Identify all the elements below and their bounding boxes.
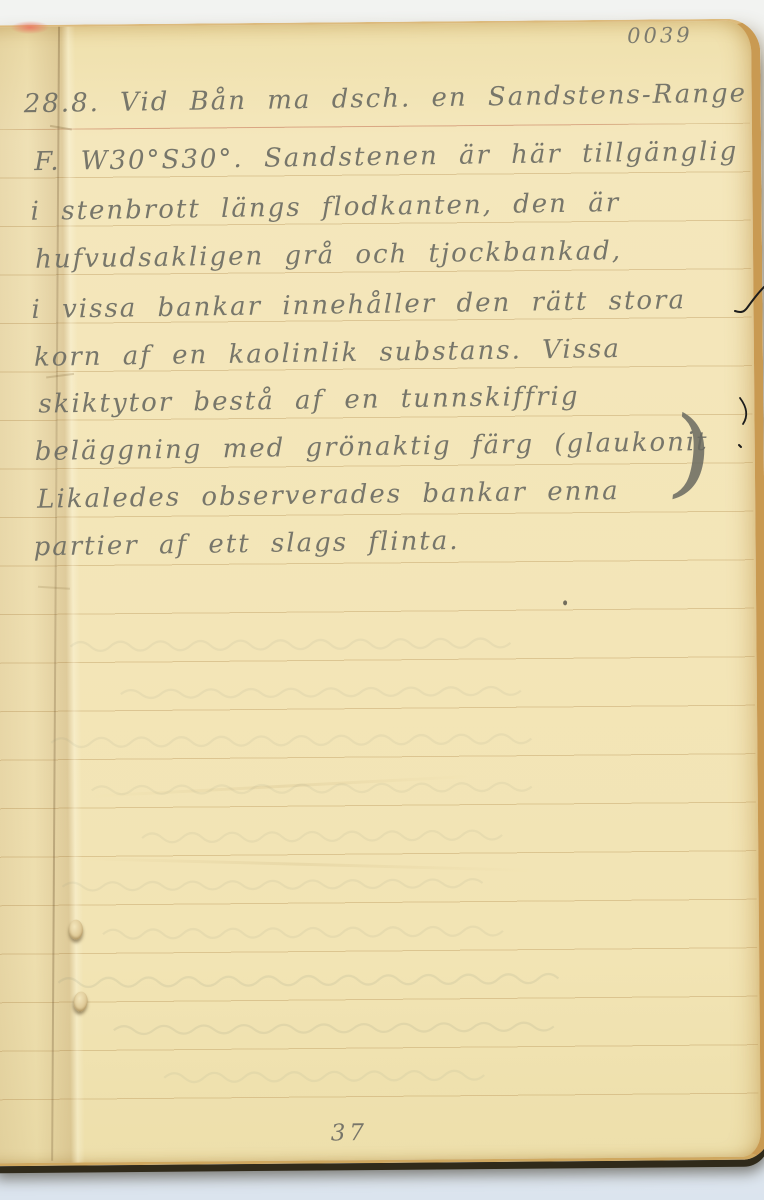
hair-artifact xyxy=(739,445,741,447)
hair-artifact xyxy=(735,287,764,312)
hair-artifacts xyxy=(0,0,764,1200)
hair-artifact xyxy=(740,398,746,424)
scanned-notebook-page: 0039 9 28.8. Vid Bån ma dsch. en Sandste… xyxy=(0,0,764,1200)
